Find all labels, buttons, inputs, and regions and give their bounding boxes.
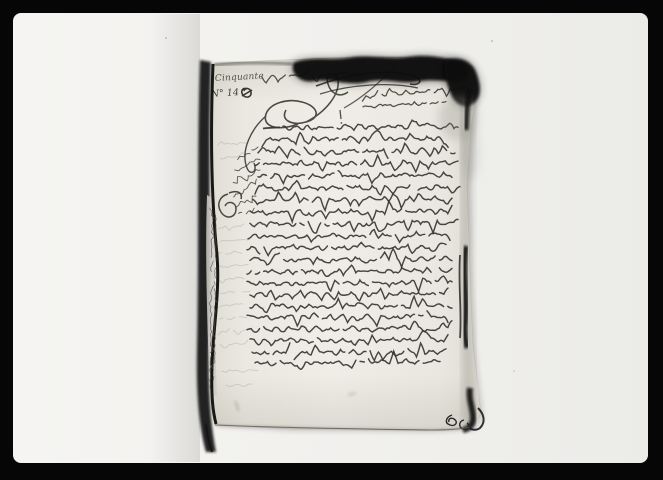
scan-viewport: Cinquante N° 14 [0, 0, 663, 480]
scanned-document-image: Cinquante N° 14 [0, 0, 663, 480]
folio-number-text: N° 14 [209, 87, 239, 100]
gutter-shadow [150, 14, 200, 462]
